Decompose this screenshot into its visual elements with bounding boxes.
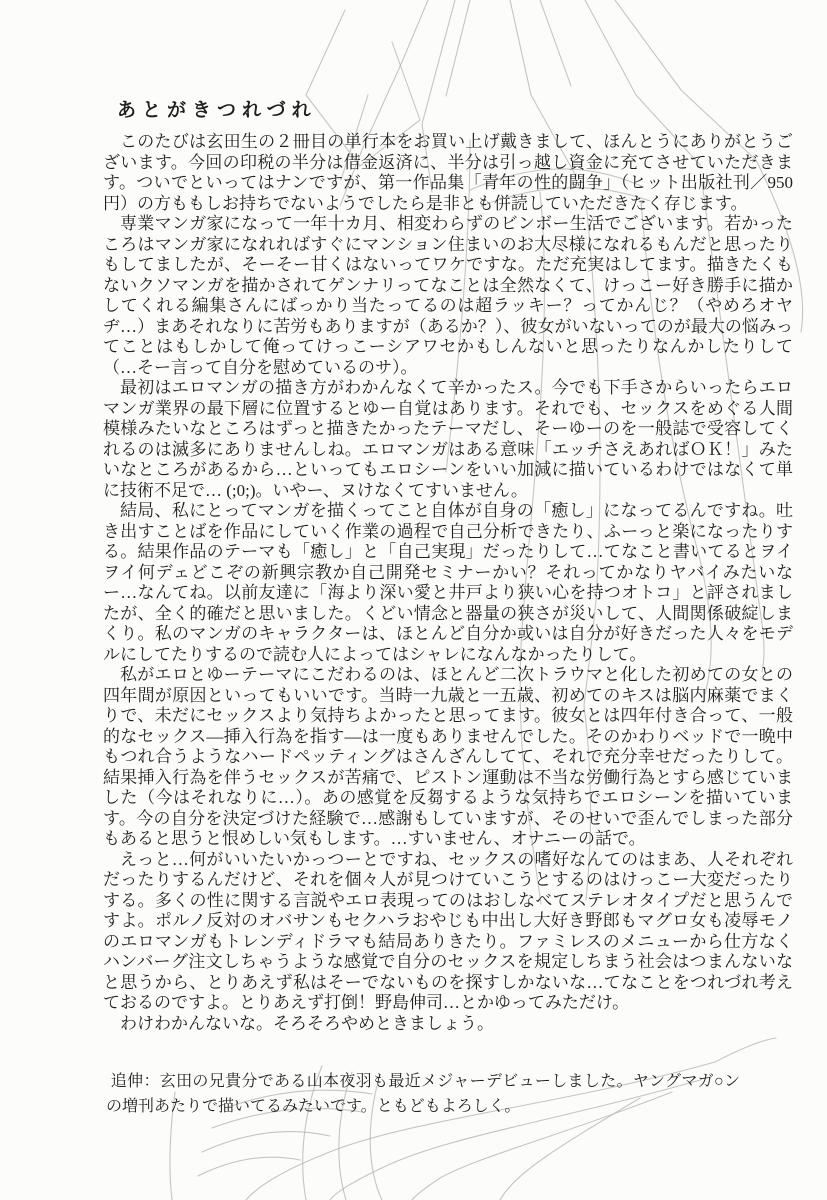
afterword-page: あとがきつれづれ このたびは玄田生の２冊目の単行本をお買い上げ戴きまして、ほんと… xyxy=(0,0,827,1200)
postscript: 追伸：玄田の兄貴分である山本夜羽も最近メジャーデビューしました。ヤングマガ○ンの… xyxy=(106,1070,740,1119)
paragraph-6: えっと…何がいいたいかっつーとですね、セックスの嗜好なんてのはまあ、人それぞれだ… xyxy=(103,850,793,1014)
afterword-body: このたびは玄田生の２冊目の単行本をお買い上げ戴きまして、ほんとうにありがとうござ… xyxy=(103,132,793,1034)
paragraph-1: このたびは玄田生の２冊目の単行本をお買い上げ戴きまして、ほんとうにありがとうござ… xyxy=(103,132,793,214)
paragraph-4: 結局、私にとってマンガを描くってこと自体が自身の「癒し」になってるんですね。吐き… xyxy=(103,501,793,665)
paragraph-2: 専業マンガ家になって一年十カ月、相変わらずのビンボー生活でございます。若かったこ… xyxy=(103,214,793,378)
page-title: あとがきつれづれ xyxy=(117,95,317,122)
paragraph-3: 最初はエロマンガの描き方がわかんなくて辛かったス。今でも下手さからいったらエロマ… xyxy=(103,378,793,501)
paragraph-7: わけわかんないな。そろそろやめときましょう。 xyxy=(103,1014,793,1035)
paragraph-5: 私がエロとゆーテーマにこだわるのは、ほとんど二次トラウマと化した初めての女との四… xyxy=(103,665,793,850)
